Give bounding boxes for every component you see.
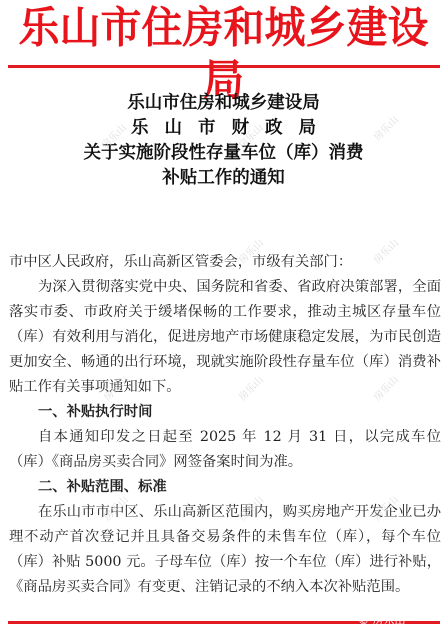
title-line-3: 关于实施阶段性存量车位（库）消费 [0,141,447,166]
section-1-heading: 一、补贴执行时间 [9,400,441,425]
top-red-rule [8,65,440,68]
corner-watermark: © 房乐山 [358,612,406,628]
issuer-housing-bureau: 乐山市住房和城乡建设局 [0,91,447,116]
intro-paragraph: 为深入贯彻落实党中央、国务院和省委、省政府决策部署，全面落实市委、市政府关于缓堵… [9,275,441,400]
document-body: 市中区人民政府，乐山高新区管委会，市级有关部门： 为深入贯彻落实党中央、国务院和… [9,250,441,600]
section-1-text: 自本通知印发之日起至 2025 年 12 月 31 日，以完成车位（库）《商品房… [9,425,441,475]
title-line-4: 补贴工作的通知 [0,166,447,191]
section-2-heading: 二、补贴范围、标准 [9,475,441,500]
